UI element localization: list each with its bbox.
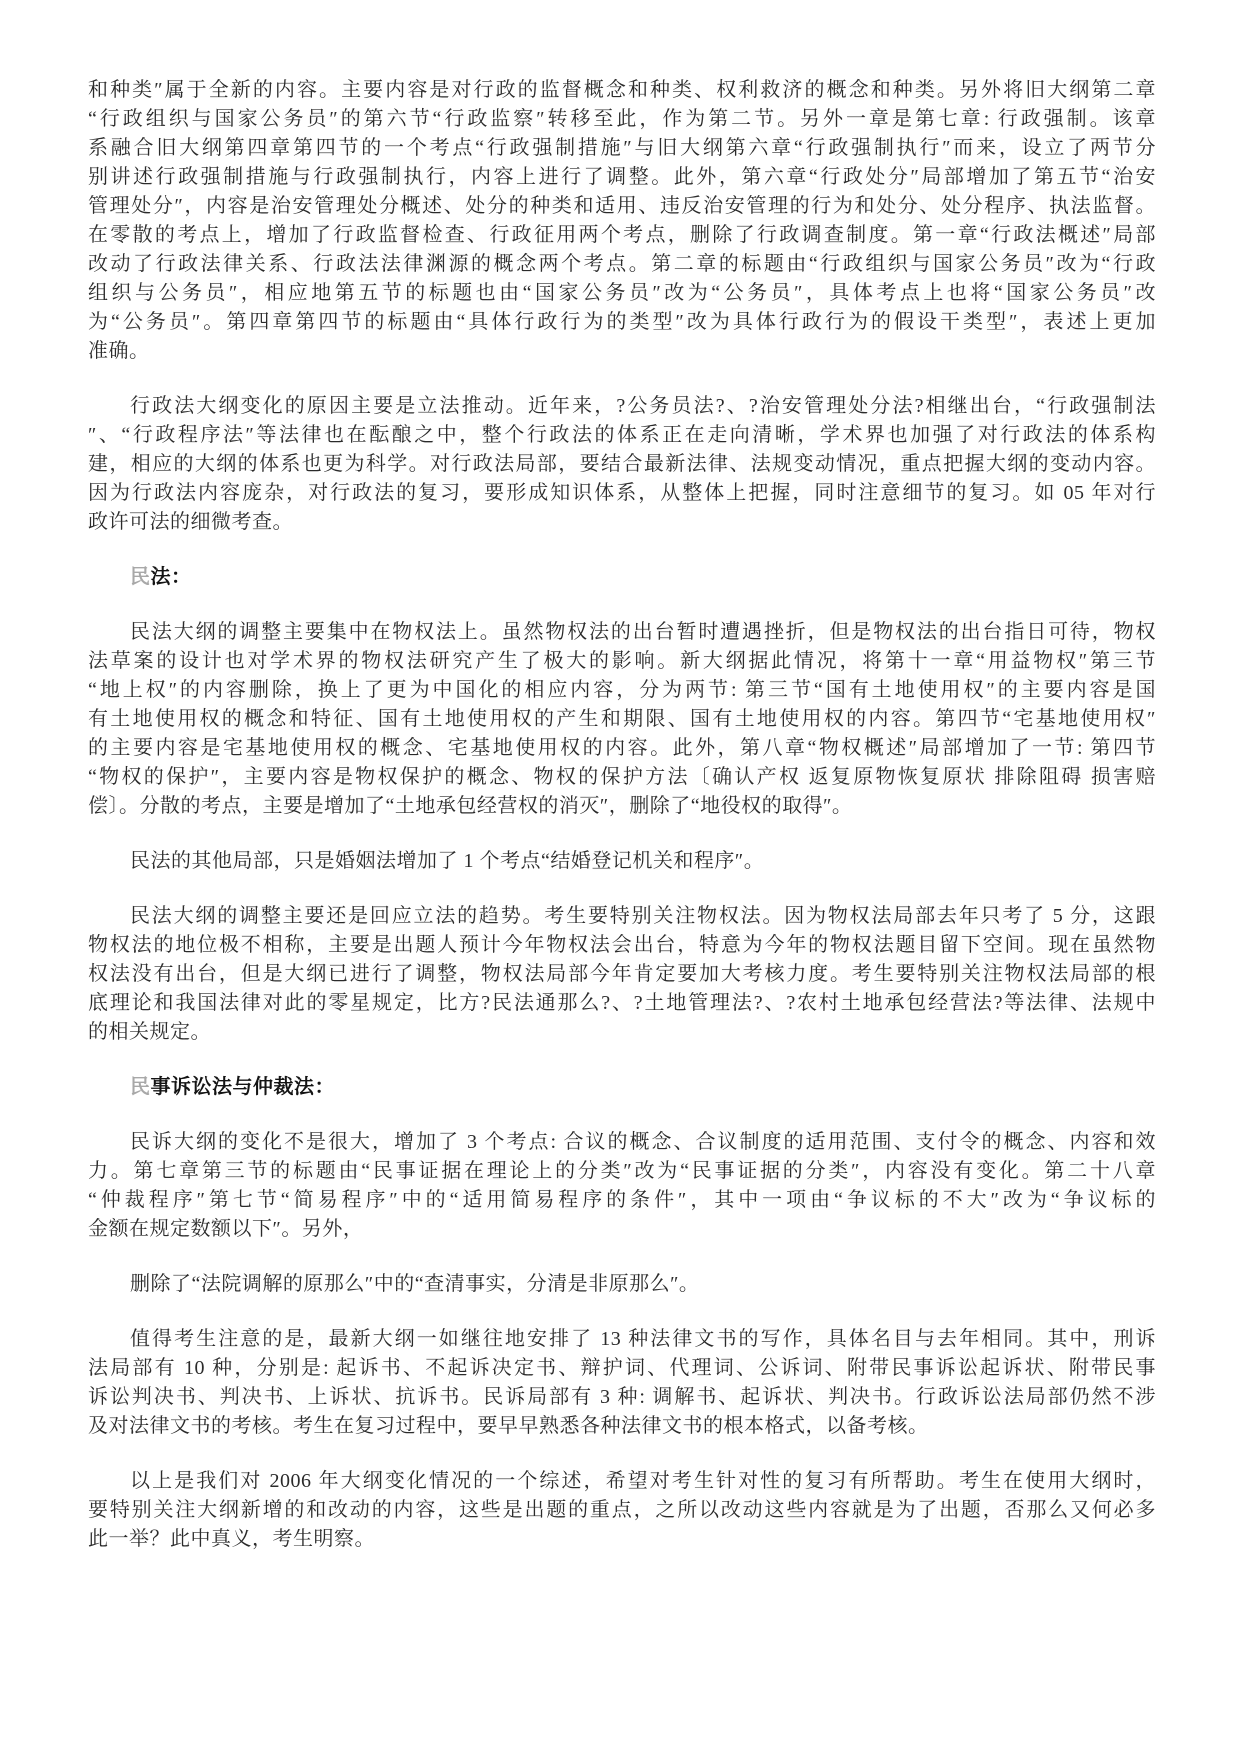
paragraph-line: “地上权″的内容删除，换上了更为中国化的相应内容，分为两节: 第三节“国有土地使… xyxy=(88,676,1156,705)
para-civil-law-property: 民法大纲的调整主要集中在物权法上。虽然物权法的出台暂时遭遇挫折，但是物权法的出台… xyxy=(88,618,1156,821)
paragraph-line: 和种类″属于全新的内容。主要内容是对行政的监督概念和种类、权利救济的概念和种类。… xyxy=(88,76,1156,105)
heading-civil-procedure-arbitration: 民事诉讼法与仲裁法： xyxy=(88,1073,1156,1102)
heading-text: 法： xyxy=(151,566,192,588)
heading-text: 事诉讼法与仲裁法： xyxy=(151,1076,336,1098)
para-civil-law-marriage: 民法的其他局部，只是婚姻法增加了 1 个考点“结婚登记机关和程序″。 xyxy=(88,847,1156,876)
document-page: 和种类″属于全新的内容。主要内容是对行政的监督概念和种类、权利救济的概念和种类。… xyxy=(0,0,1241,1754)
paragraph-line: 删除了“法院调解的原那么″中的“查清事实，分清是非原那么″。 xyxy=(88,1270,1156,1299)
paragraph-line: 为“公务员″。第四章第四节的标题由“具体行政行为的类型″改为具体行政行为的假设干… xyxy=(88,308,1156,337)
paragraph-line: 管理处分″，内容是治安管理处分概述、处分的种类和适用、违反治安管理的行为和处分、… xyxy=(88,192,1156,221)
paragraph-line: 准确。 xyxy=(88,337,1156,366)
paragraph-line: 诉讼判决书、判决书、上诉状、抗诉书。民诉局部有 3 种: 调解书、起诉状、判决书… xyxy=(88,1383,1156,1412)
paragraph-line: 的主要内容是宅基地使用权的概念、宅基地使用权的内容。此外，第八章“物权概述″局部… xyxy=(88,734,1156,763)
para-administrative-law-changes: 和种类″属于全新的内容。主要内容是对行政的监督概念和种类、权利救济的概念和种类。… xyxy=(88,76,1156,366)
para-civil-procedure-changes: 民诉大纲的变化不是很大，增加了 3 个考点: 合议的概念、合议制度的适用范围、支… xyxy=(88,1128,1156,1244)
paragraph-line: 有土地使用权的概念和特征、国有土地使用权的产生和期限、国有土地使用权的内容。第四… xyxy=(88,705,1156,734)
paragraph-line: 力。第七章第三节的标题由“民事证据在理论上的分类″改为“民事证据的分类″，内容没… xyxy=(88,1157,1156,1186)
para-conclusion: 以上是我们对 2006 年大纲变化情况的一个综述，希望对考生针对性的复习有所帮助… xyxy=(88,1467,1156,1554)
paragraph-line: 此一举？此中真义，考生明察。 xyxy=(88,1525,1156,1554)
heading-grey-char: 民 xyxy=(130,566,151,588)
para-legal-documents: 值得考生注意的是，最新大纲一如继往地安排了 13 种法律文书的写作，具体名目与去… xyxy=(88,1325,1156,1441)
paragraph-line: 以上是我们对 2006 年大纲变化情况的一个综述，希望对考生针对性的复习有所帮助… xyxy=(88,1467,1156,1496)
paragraph-line: “物权的保护″，主要内容是物权保护的概念、物权的保护方法〔确认产权 返复原物恢复… xyxy=(88,763,1156,792)
paragraph-line: 民法大纲的调整主要集中在物权法上。虽然物权法的出台暂时遭遇挫折，但是物权法的出台… xyxy=(88,618,1156,647)
paragraph-line: 系融合旧大纲第四章第四节的一个考点“行政强制措施″与旧大纲第六章“行政强制执行″… xyxy=(88,134,1156,163)
paragraph-line: “行政组织与国家公务员″的第六节“行政监察″转移至此，作为第二节。另外一章是第七… xyxy=(88,105,1156,134)
para-administrative-law-reasons: 行政法大纲变化的原因主要是立法推动。近年来，?公务员法?、?治安管理处分法?相继… xyxy=(88,392,1156,537)
paragraph-line: 在零散的考点上，增加了行政监督检查、行政征用两个考点，删除了行政调查制度。第一章… xyxy=(88,221,1156,250)
paragraph-line: 底理论和我国法律对此的零星规定，比方?民法通那么?、?土地管理法?、?农村土地承… xyxy=(88,989,1156,1018)
paragraph-line: 值得考生注意的是，最新大纲一如继往地安排了 13 种法律文书的写作，具体名目与去… xyxy=(88,1325,1156,1354)
paragraph-line: 物权法的地位极不相称，主要是出题人预计今年物权法会出台，特意为今年的物权法题目留… xyxy=(88,931,1156,960)
heading-grey-char: 民 xyxy=(130,1076,151,1098)
para-deleted-mediation-principle: 删除了“法院调解的原那么″中的“查清事实，分清是非原那么″。 xyxy=(88,1270,1156,1299)
paragraph-line: 法局部有 10 种，分别是: 起诉书、不起诉决定书、辩护词、代理词、公诉词、附带… xyxy=(88,1354,1156,1383)
paragraph-line: 及对法律文书的考核。考生在复习过程中，要早早熟悉各种法律文书的根本格式，以备考核… xyxy=(88,1412,1156,1441)
paragraph-line: 金额在规定数额以下″。另外， xyxy=(88,1215,1156,1244)
paragraph-line: 因为行政法内容庞杂，对行政法的复习，要形成知识体系，从整体上把握，同时注意细节的… xyxy=(88,479,1156,508)
heading-civil-law: 民法： xyxy=(88,563,1156,592)
paragraph-line: 政许可法的细微考查。 xyxy=(88,508,1156,537)
document-body: 和种类″属于全新的内容。主要内容是对行政的监督概念和种类、权利救济的概念和种类。… xyxy=(88,76,1156,1554)
paragraph-line: 的相关规定。 xyxy=(88,1018,1156,1047)
paragraph-line: 民法的其他局部，只是婚姻法增加了 1 个考点“结婚登记机关和程序″。 xyxy=(88,847,1156,876)
paragraph-line: 偿〕。分散的考点，主要是增加了“土地承包经营权的消灭″，删除了“地役权的取得″。 xyxy=(88,792,1156,821)
paragraph-line: 建，相应的大纲的体系也更为科学。对行政法局部，要结合最新法律、法规变动情况，重点… xyxy=(88,450,1156,479)
paragraph-line: 别讲述行政强制措施与行政强制执行，内容上进行了调整。此外，第六章“行政处分″局部… xyxy=(88,163,1156,192)
paragraph-line: 权法没有出台，但是大纲已进行了调整，物权法局部今年肯定要加大考核力度。考生要特别… xyxy=(88,960,1156,989)
paragraph-line: 民诉大纲的变化不是很大，增加了 3 个考点: 合议的概念、合议制度的适用范围、支… xyxy=(88,1128,1156,1157)
paragraph-line: 法草案的设计也对学术界的物权法研究产生了极大的影响。新大纲据此情况，将第十一章“… xyxy=(88,647,1156,676)
paragraph-line: 行政法大纲变化的原因主要是立法推动。近年来，?公务员法?、?治安管理处分法?相继… xyxy=(88,392,1156,421)
paragraph-line: 要特别关注大纲新增的和改动的内容，这些是出题的重点，之所以改动这些内容就是为了出… xyxy=(88,1496,1156,1525)
paragraph-line: “仲裁程序″第七节“简易程序″中的“适用简易程序的条件″，其中一项由“争议标的不… xyxy=(88,1186,1156,1215)
paragraph-line: 民法大纲的调整主要还是回应立法的趋势。考生要特别关注物权法。因为物权法局部去年只… xyxy=(88,902,1156,931)
paragraph-line: 组织与公务员″，相应地第五节的标题也由“国家公务员″改为“公务员″，具体考点上也… xyxy=(88,279,1156,308)
para-civil-law-trend: 民法大纲的调整主要还是回应立法的趋势。考生要特别关注物权法。因为物权法局部去年只… xyxy=(88,902,1156,1047)
paragraph-line: ″、“行政程序法″等法律也在酝酿之中，整个行政法的体系正在走向清晰，学术界也加强… xyxy=(88,421,1156,450)
paragraph-line: 改动了行政法律关系、行政法法律渊源的概念两个考点。第二章的标题由“行政组织与国家… xyxy=(88,250,1156,279)
